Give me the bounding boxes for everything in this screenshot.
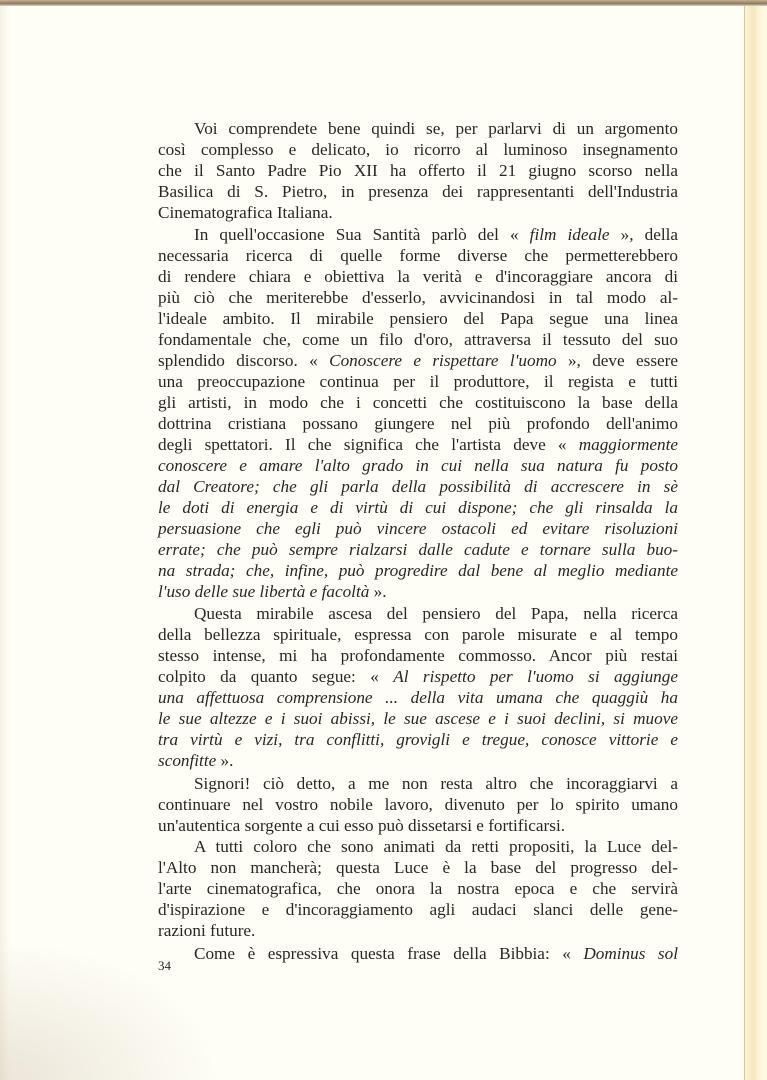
text-segment: che il Santo Padre Pio XII ha offerto il…	[158, 161, 678, 180]
text-segment: un'autentica sorgente a cui esso può dis…	[158, 816, 565, 835]
text-segment: più ciò che meriterebbe d'esserlo, avvic…	[158, 288, 678, 307]
italic-quote: Al rispetto per l'uomo si aggiunge	[393, 667, 678, 686]
italic-quote: una affettuosa comprensione ... della vi…	[158, 688, 678, 707]
text-segment: razioni future.	[158, 921, 255, 940]
text-line: l'arte cinematografica, che onora la nos…	[158, 878, 678, 899]
text-line: l'Alto non mancherà; questa Luce è la ba…	[158, 857, 678, 878]
italic-quote: errate; che può sempre rialzarsi dalle c…	[158, 540, 678, 559]
text-segment: ».	[216, 751, 233, 770]
text-segment: l'arte cinematografica, che onora la nos…	[158, 879, 678, 898]
text-segment: fondamentale che, come un filo d'oro, at…	[158, 330, 678, 349]
italic-quote: film ideale	[530, 225, 610, 244]
text-line: continuare nel vostro nobile lavoro, div…	[158, 794, 678, 815]
text-line: una affettuosa comprensione ... della vi…	[158, 687, 678, 708]
italic-quote: na strada; che, infine, può progredire d…	[158, 561, 678, 580]
text-segment: di rendere chiara e obiettiva la verità …	[158, 267, 678, 286]
text-line: tra virtù e vizi, tra conflitti, grovigl…	[158, 729, 678, 750]
text-segment: colpito da quanto segue: «	[158, 667, 393, 686]
text-line: degli spettatori. Il che significa che l…	[158, 434, 678, 455]
text-segment: degli spettatori. Il che significa che l…	[158, 435, 579, 454]
page-top-edge	[0, 0, 767, 6]
text-line: na strada; che, infine, può progredire d…	[158, 560, 678, 581]
text-segment: In quell'occasione Sua Santità parlò del…	[194, 225, 530, 244]
text-line: di rendere chiara e obiettiva la verità …	[158, 266, 678, 287]
text-segment: ».	[369, 582, 386, 601]
text-line: colpito da quanto segue: « Al rispetto p…	[158, 666, 678, 687]
text-line: sconfitte ».	[158, 750, 678, 771]
text-segment: d'ispirazione e d'incoraggiamento agli a…	[158, 900, 678, 919]
text-line: l'ideale ambito. Il mirabile pensiero de…	[158, 308, 678, 329]
text-line: errate; che può sempre rialzarsi dalle c…	[158, 539, 678, 560]
text-line: razioni future.	[158, 920, 678, 941]
text-segment: una preoccupazione continua per il produ…	[158, 372, 678, 391]
text-segment: della bellezza spirituale, espressa con …	[158, 625, 678, 644]
text-line: Voi comprendete bene quindi se, per parl…	[158, 118, 678, 139]
italic-quote: le sue altezze e i suoi abissi, le sue a…	[158, 709, 678, 728]
text-line: dottrina cristiana possano giungere nel …	[158, 413, 678, 434]
text-line: le doti di energia e di virtù di cui dis…	[158, 497, 678, 518]
text-line: Cinematografica Italiana.	[158, 202, 678, 223]
text-segment: Cinematografica Italiana.	[158, 203, 333, 222]
text-segment: continuare nel vostro nobile lavoro, div…	[158, 795, 678, 814]
text-segment: », della	[610, 225, 679, 244]
text-line: l'uso delle sue libertà e facoltà ».	[158, 581, 678, 602]
text-line: Signori! ciò detto, a me non resta altro…	[158, 773, 678, 794]
text-line: Come è espressiva questa frase della Bib…	[158, 943, 678, 964]
text-segment: Questa mirabile ascesa del pensiero del …	[194, 604, 678, 623]
text-segment: necessaria ricerca di quelle forme diver…	[158, 246, 678, 265]
text-segment: così complesso e delicato, io ricorro al…	[158, 140, 678, 159]
text-segment: A tutti coloro che sono animati da retti…	[194, 837, 678, 856]
text-line: più ciò che meriterebbe d'esserlo, avvic…	[158, 287, 678, 308]
text-line: così complesso e delicato, io ricorro al…	[158, 139, 678, 160]
italic-quote: Dominus sol	[583, 944, 678, 963]
italic-quote: dal Creatore; che gli parla della possib…	[158, 477, 678, 496]
text-line: necessaria ricerca di quelle forme diver…	[158, 245, 678, 266]
book-spine	[744, 6, 767, 1080]
italic-quote: sconfitte	[158, 751, 216, 770]
text-line: persuasione che egli può vincere ostacol…	[158, 518, 678, 539]
text-line: un'autentica sorgente a cui esso può dis…	[158, 815, 678, 836]
text-line: una preoccupazione continua per il produ…	[158, 371, 678, 392]
text-line: gli artisti, in modo che i concetti che …	[158, 392, 678, 413]
text-line: stesso intense, mi ha profondamente comm…	[158, 645, 678, 666]
text-line: della bellezza spirituale, espressa con …	[158, 624, 678, 645]
text-line: Questa mirabile ascesa del pensiero del …	[158, 603, 678, 624]
text-segment: Basilica di S. Pietro, in presenza dei r…	[158, 182, 678, 201]
text-line: fondamentale che, come un filo d'oro, at…	[158, 329, 678, 350]
text-segment: Signori! ciò detto, a me non resta altro…	[194, 774, 678, 793]
text-line: conoscere e amare l'alto grado in cui ne…	[158, 455, 678, 476]
text-line: In quell'occasione Sua Santità parlò del…	[158, 224, 678, 245]
page-left-edge	[0, 6, 10, 1080]
italic-quote: maggiormente	[579, 435, 678, 454]
text-segment: stesso intense, mi ha profondamente comm…	[158, 646, 678, 665]
italic-quote: Conoscere e rispettare l'uomo	[329, 351, 556, 370]
text-segment: Voi comprendete bene quindi se, per parl…	[194, 119, 678, 138]
text-segment: l'ideale ambito. Il mirabile pensiero de…	[158, 309, 678, 328]
text-line: Basilica di S. Pietro, in presenza dei r…	[158, 181, 678, 202]
text-line: splendido discorso. « Conoscere e rispet…	[158, 350, 678, 371]
italic-quote: tra virtù e vizi, tra conflitti, grovigl…	[158, 730, 678, 749]
italic-quote: le doti di energia e di virtù di cui dis…	[158, 498, 678, 517]
text-segment: Come è espressiva questa frase della Bib…	[194, 944, 583, 963]
text-line: le sue altezze e i suoi abissi, le sue a…	[158, 708, 678, 729]
italic-quote: conoscere e amare l'alto grado in cui ne…	[158, 456, 678, 475]
text-line: d'ispirazione e d'incoraggiamento agli a…	[158, 899, 678, 920]
text-line: A tutti coloro che sono animati da retti…	[158, 836, 678, 857]
text-segment: gli artisti, in modo che i concetti che …	[158, 393, 678, 412]
italic-quote: l'uso delle sue libertà e facoltà	[158, 582, 369, 601]
italic-quote: persuasione che egli può vincere ostacol…	[158, 519, 678, 538]
text-segment: splendido discorso. «	[158, 351, 329, 370]
text-segment: dottrina cristiana possano giungere nel …	[158, 414, 678, 433]
page-number: 34	[158, 958, 171, 974]
text-segment: », deve essere	[557, 351, 678, 370]
text-segment: l'Alto non mancherà; questa Luce è la ba…	[158, 858, 678, 877]
text-line: dal Creatore; che gli parla della possib…	[158, 476, 678, 497]
text-line: che il Santo Padre Pio XII ha offerto il…	[158, 160, 678, 181]
